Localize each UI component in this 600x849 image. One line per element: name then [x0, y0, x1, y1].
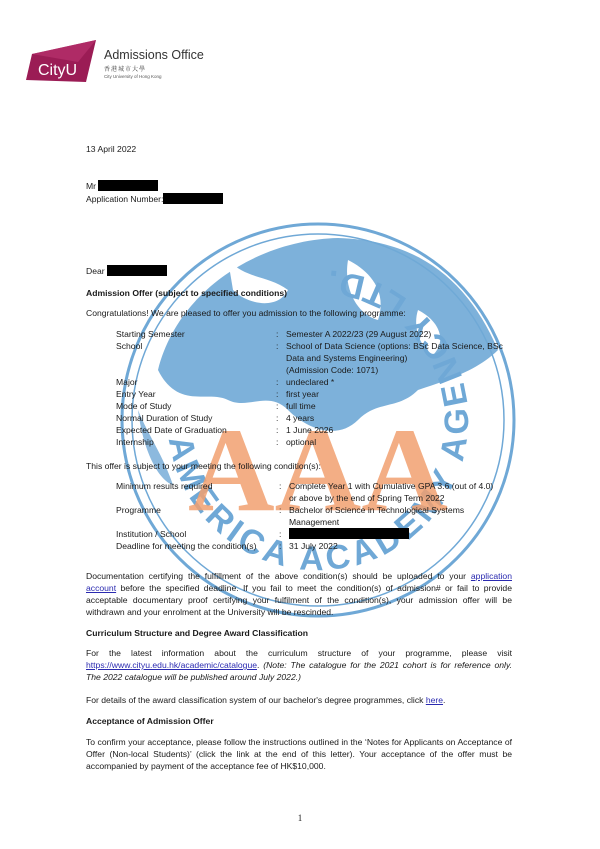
cityu-logo: CityU — [26, 40, 98, 84]
office-english-name: City University of Hong Kong — [104, 74, 304, 80]
detail-row: Expected Date of Graduation:1 June 2026 — [116, 424, 512, 436]
acceptance-paragraph: To confirm your acceptance, please follo… — [86, 736, 512, 772]
redacted-application-number — [163, 193, 223, 204]
redacted-name — [98, 180, 158, 191]
application-number-line: Application Number: — [86, 193, 512, 205]
condition-row: Deadline for meeting the condition(s): 3… — [116, 540, 512, 552]
greeting: Dear — [86, 265, 512, 277]
acceptance-heading: Acceptance of Admission Offer — [86, 715, 512, 727]
award-paragraph: For details of the award classification … — [86, 694, 512, 706]
programme-details: Starting Semester:Semester A 2022/23 (29… — [116, 328, 512, 448]
conditions-list: Minimum results required: Complete Year … — [116, 480, 512, 552]
letter-date: 13 April 2022 — [86, 143, 512, 155]
conditions-intro: This offer is subject to your meeting th… — [86, 460, 512, 472]
condition-row: Programme: Bachelor of Science in Techno… — [116, 504, 512, 528]
office-chinese-name: 香港城市大學 — [104, 66, 304, 74]
svg-text:CityU: CityU — [38, 62, 77, 79]
catalogue-link[interactable]: https://www.cityu.edu.hk/academic/catalo… — [86, 660, 257, 670]
detail-row: Starting Semester:Semester A 2022/23 (29… — [116, 328, 512, 340]
award-classification-link[interactable]: here — [426, 695, 443, 705]
detail-row: School: School of Data Science (options:… — [116, 340, 512, 376]
page-number: 1 — [0, 812, 600, 824]
office-title: Admissions Office — [104, 48, 304, 63]
detail-row: Mode of Study:full time — [116, 400, 512, 412]
detail-row: Internship:optional — [116, 436, 512, 448]
detail-row: Entry Year:first year — [116, 388, 512, 400]
condition-row: Institution / School: — [116, 528, 512, 540]
redacted-institution — [289, 528, 409, 539]
curriculum-paragraph: For the latest information about the cur… — [86, 647, 512, 683]
condition-row: Minimum results required: Complete Year … — [116, 480, 512, 504]
offer-heading: Admission Offer (subject to specified co… — [86, 287, 512, 299]
recipient-line: Mr — [86, 180, 512, 192]
detail-row: Major:undeclared * — [116, 376, 512, 388]
documentation-paragraph: Documentation certifying the fulfillment… — [86, 570, 512, 618]
offer-intro: Congratulations! We are pleased to offer… — [86, 307, 512, 319]
redacted-greeting-name — [107, 265, 167, 276]
curriculum-heading: Curriculum Structure and Degree Award Cl… — [86, 627, 512, 639]
detail-row: Normal Duration of Study:4 years — [116, 412, 512, 424]
